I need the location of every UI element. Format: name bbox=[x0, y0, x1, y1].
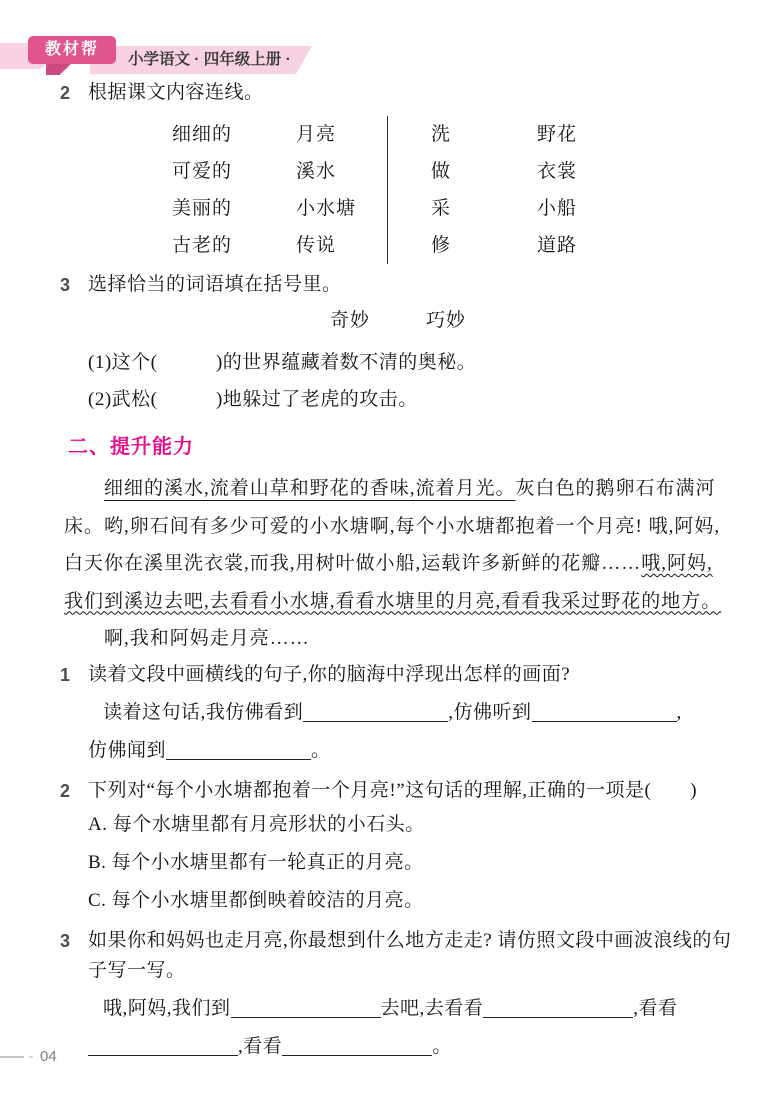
match-word[interactable]: 野花 bbox=[537, 116, 760, 153]
fill-line: 读着这句话,我仿佛看到,仿佛听到, bbox=[88, 694, 760, 732]
match-word[interactable]: 细细的 bbox=[172, 116, 296, 153]
fill-text: ,看看 bbox=[633, 998, 677, 1019]
fill-text: ,看看 bbox=[238, 1036, 282, 1057]
question-number: 3 bbox=[60, 270, 88, 300]
matching-grid: 细细的月亮洗野花可爱的溪水做衣裳美丽的小水塘采小船古老的传说修道路 bbox=[172, 116, 760, 264]
question-number: 2 bbox=[60, 776, 88, 806]
blank-line[interactable] bbox=[231, 995, 381, 1018]
fill-line: 哦,阿妈,我们到去吧,去看看,看看 bbox=[88, 990, 760, 1028]
header-ribbon: 小学语文 · 四年级上册 · RJ bbox=[90, 46, 312, 74]
match-word[interactable]: 衣裳 bbox=[537, 153, 760, 190]
fill-line: ,看看。 bbox=[88, 1028, 760, 1066]
page-content: 2 根据课文内容连线。 细细的月亮洗野花可爱的溪水做衣裳美丽的小水塘采小船古老的… bbox=[0, 78, 760, 1066]
match-word[interactable]: 修 bbox=[387, 227, 537, 264]
fill-text: , bbox=[677, 702, 682, 723]
word-bank: 奇妙 巧妙 bbox=[330, 306, 760, 336]
passage-line: 床。哟,卵石间有多少可爱的小水塘啊,每个小水塘都抱着一个月亮! 哦,阿妈, bbox=[64, 508, 738, 546]
sub-question-1-header: 1 读着文段中画横线的句子,你的脑海中浮现出怎样的画面? bbox=[60, 660, 736, 690]
passage-text: 白天你在溪里洗衣裳,而我,用树叶做小船,运载许多新鲜的花瓣…… bbox=[64, 553, 641, 574]
question-text: 读着文段中画横线的句子,你的脑海中浮现出怎样的画面? bbox=[88, 660, 570, 690]
worksheet-page: 教材帮 小学语文 · 四年级上册 · RJ 2 根据课文内容连线。 细细的月亮洗… bbox=[0, 0, 760, 1100]
question-text: 下列对“每个小水塘都抱着一个月亮!”这句话的理解,正确的一项是( ) bbox=[88, 776, 697, 806]
word-bank-item[interactable]: 奇妙 bbox=[330, 306, 370, 336]
fill-text: ,仿佛听到 bbox=[448, 702, 531, 723]
fill-text: 读着这句话,我仿佛看到 bbox=[103, 702, 303, 723]
match-word[interactable]: 美丽的 bbox=[172, 190, 296, 227]
answer-option[interactable]: A. 每个水塘里都有月亮形状的小石头。 bbox=[88, 806, 760, 844]
question-number: 2 bbox=[60, 78, 88, 108]
sub-question-3-header: 3 如果你和妈妈也走月亮,你最想到什么地方走走? 请仿照文段中画波浪线的句子写一… bbox=[60, 926, 736, 986]
page-footer: 04 bbox=[0, 1048, 57, 1065]
footer-rule bbox=[0, 1056, 24, 1058]
fill-text: 。 bbox=[311, 740, 331, 761]
fill-text: 去吧,去看看 bbox=[381, 998, 484, 1019]
fill-line: 仿佛闻到。 bbox=[88, 732, 760, 770]
q1-fill: 读着这句话,我仿佛看到,仿佛听到,仿佛闻到。 bbox=[88, 694, 760, 770]
question-2-header: 2 根据课文内容连线。 bbox=[60, 78, 736, 108]
blank-line[interactable] bbox=[303, 699, 448, 722]
section-heading: 二、提升能力 bbox=[68, 432, 760, 462]
question-text: 选择恰当的词语填在括号里。 bbox=[88, 270, 342, 300]
passage-underlined-text: 哦,阿妈, bbox=[641, 553, 713, 574]
blank-line[interactable] bbox=[532, 699, 677, 722]
word-bank-item[interactable]: 巧妙 bbox=[426, 306, 466, 336]
answer-option[interactable]: B. 每个小水塘里都有一轮真正的月亮。 bbox=[88, 844, 760, 882]
match-word[interactable]: 洗 bbox=[387, 116, 537, 153]
match-word[interactable]: 小船 bbox=[537, 190, 760, 227]
match-word[interactable]: 采 bbox=[387, 190, 537, 227]
passage-underlined-text: 我们到溪边去吧,去看看小水塘,看看水塘里的月亮,看看我采过野花的地方。 bbox=[64, 591, 721, 612]
match-word[interactable]: 可爱的 bbox=[172, 153, 296, 190]
passage-line: 白天你在溪里洗衣裳,而我,用树叶做小船,运载许多新鲜的花瓣……哦,阿妈, bbox=[64, 545, 738, 583]
match-word[interactable]: 小水塘 bbox=[296, 190, 387, 227]
blank-line[interactable] bbox=[166, 737, 311, 760]
badge-fold-shape bbox=[46, 63, 72, 75]
q2-options: A. 每个水塘里都有月亮形状的小石头。B. 每个小水塘里都有一轮真正的月亮。C.… bbox=[88, 806, 760, 920]
match-word[interactable]: 道路 bbox=[537, 227, 760, 264]
question-number: 3 bbox=[60, 926, 88, 986]
question-text: 根据课文内容连线。 bbox=[88, 78, 264, 108]
word-fill-items: (1)这个( )的世界蕴藏着数不清的奥秘。 (2)武松( )地躲过了老虎的攻击。 bbox=[88, 344, 760, 418]
match-word[interactable]: 月亮 bbox=[296, 116, 387, 153]
page-number: 04 bbox=[40, 1048, 57, 1065]
match-word[interactable]: 传说 bbox=[296, 227, 387, 264]
passage-text: 灰白色的鹅卵石布满河 bbox=[516, 478, 716, 499]
blank-line[interactable] bbox=[483, 995, 633, 1018]
passage-line: 啊,我和阿妈走月亮…… bbox=[64, 620, 738, 658]
q3-fill: 哦,阿妈,我们到去吧,去看看,看看,看看。 bbox=[88, 990, 760, 1066]
fill-text: 哦,阿妈,我们到 bbox=[103, 998, 231, 1019]
blank-line[interactable] bbox=[282, 1033, 432, 1056]
fill-item[interactable]: (2)武松( )地躲过了老虎的攻击。 bbox=[88, 381, 760, 418]
passage-underlined-text: 细细的溪水,流着山草和野花的香味,流着月光。 bbox=[104, 478, 516, 499]
passage: 细细的溪水,流着山草和野花的香味,流着月光。灰白色的鹅卵石布满河床。哟,卵石间有… bbox=[64, 470, 738, 658]
passage-line: 细细的溪水,流着山草和野花的香味,流着月光。灰白色的鹅卵石布满河 bbox=[64, 470, 738, 508]
brand-badge: 教材帮 bbox=[28, 36, 116, 64]
match-word[interactable]: 古老的 bbox=[172, 227, 296, 264]
question-text: 如果你和妈妈也走月亮,你最想到什么地方走走? 请仿照文段中画波浪线的句子写一写。 bbox=[88, 926, 736, 986]
match-word[interactable]: 溪水 bbox=[296, 153, 387, 190]
passage-line: 我们到溪边去吧,去看看小水塘,看看水塘里的月亮,看看我采过野花的地方。 bbox=[64, 583, 738, 621]
question-3-header: 3 选择恰当的词语填在括号里。 bbox=[60, 270, 736, 300]
footer-dot bbox=[29, 1056, 33, 1058]
passage-text: 啊,我和阿妈走月亮…… bbox=[104, 628, 310, 649]
match-word[interactable]: 做 bbox=[387, 153, 537, 190]
fill-text: 仿佛闻到 bbox=[88, 740, 166, 761]
answer-option[interactable]: C. 每个小水塘里都倒映着皎洁的月亮。 bbox=[88, 882, 760, 920]
sub-question-2-header: 2 下列对“每个小水塘都抱着一个月亮!”这句话的理解,正确的一项是( ) bbox=[60, 776, 736, 806]
fill-item[interactable]: (1)这个( )的世界蕴藏着数不清的奥秘。 bbox=[88, 344, 760, 381]
blank-line[interactable] bbox=[88, 1033, 238, 1056]
question-number: 1 bbox=[60, 660, 88, 690]
passage-text: 床。哟,卵石间有多少可爱的小水塘啊,每个小水塘都抱着一个月亮! 哦,阿妈, bbox=[64, 516, 720, 537]
fill-text: 。 bbox=[432, 1036, 452, 1057]
